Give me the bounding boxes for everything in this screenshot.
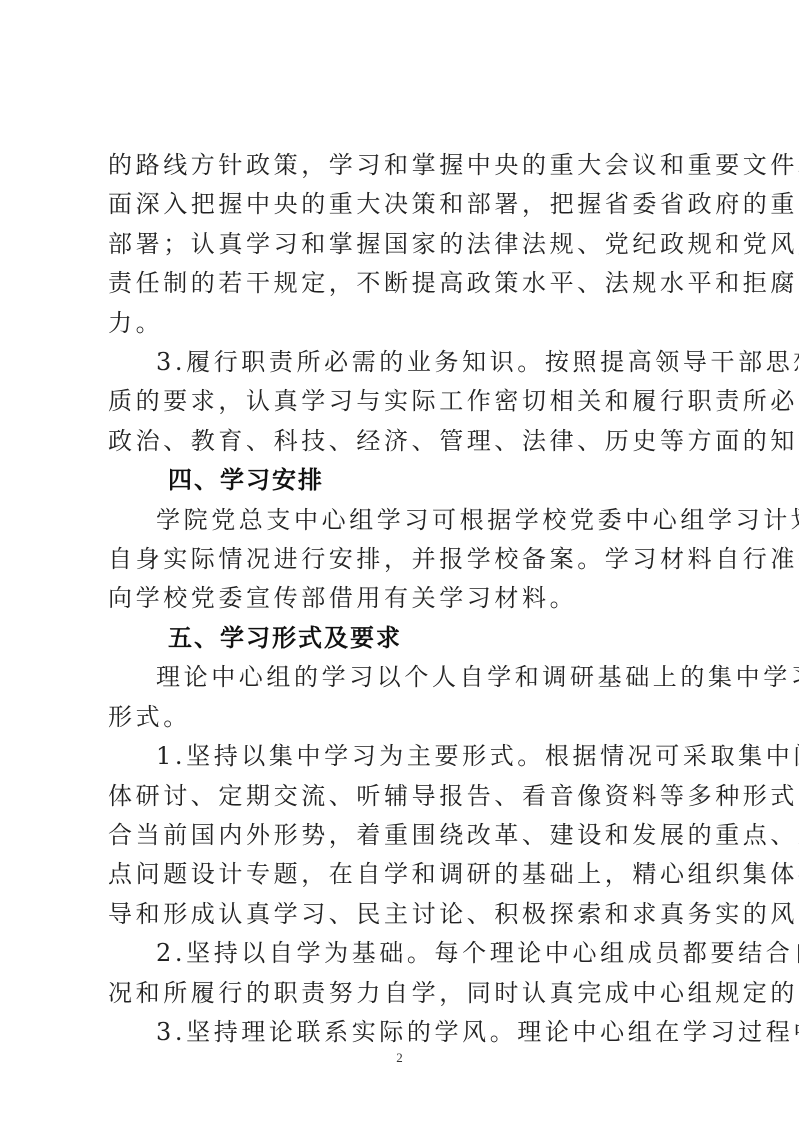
text-line: 2.坚持以自学为基础。每个理论中心组成员都要结合自身的情 <box>108 934 692 973</box>
text-line: 向学校党委宣传部借用有关学习材料。 <box>108 579 692 618</box>
text-line: 部署；认真学习和掌握国家的法律法规、党纪政规和党风廉政建设 <box>108 225 692 264</box>
paragraph: 3.履行职责所必需的业务知识。按照提高领导干部思想理论素质的要求，认真学习与实际… <box>108 343 692 461</box>
paragraph: 的路线方针政策，学习和掌握中央的重大会议和重要文件精神，全面深入把握中央的重大决… <box>108 146 692 343</box>
text-line: 政治、教育、科技、经济、管理、法律、历史等方面的知识。 <box>108 422 692 461</box>
text-line: 学院党总支中心组学习可根据学校党委中心组学习计划，结合 <box>108 501 692 540</box>
text-line: 质的要求，认真学习与实际工作密切相关和履行职责所必需的哲学、 <box>108 382 692 421</box>
text-line: 形式。 <box>108 698 692 737</box>
paragraph: 1.坚持以集中学习为主要形式。根据情况可采取集中阅读、集体研讨、定期交流、听辅导… <box>108 737 692 934</box>
text-line: 面深入把握中央的重大决策和部署，把握省委省政府的重要决策和 <box>108 185 692 224</box>
text-line: 的路线方针政策，学习和掌握中央的重大会议和重要文件精神，全 <box>108 146 692 185</box>
text-line: 自身实际情况进行安排，并报学校备案。学习材料自行准备，也可 <box>108 540 692 579</box>
document-body: 的路线方针政策，学习和掌握中央的重大会议和重要文件精神，全面深入把握中央的重大决… <box>108 146 692 1052</box>
text-line: 况和所履行的职责努力自学，同时认真完成中心组规定的学习任务。 <box>108 974 692 1013</box>
section-heading: 四、学习安排 <box>108 461 692 500</box>
paragraph: 理论中心组的学习以个人自学和调研基础上的集中学习为基本形式。 <box>108 658 692 737</box>
text-line: 导和形成认真学习、民主讨论、积极探索和求真务实的风气。 <box>108 895 692 934</box>
paragraph: 3.坚持理论联系实际的学风。理论中心组在学习过程中，要把 <box>108 1013 692 1052</box>
text-line: 责任制的若干规定，不断提高政策水平、法规水平和拒腐防变的能 <box>108 264 692 303</box>
paragraph: 学院党总支中心组学习可根据学校党委中心组学习计划，结合自身实际情况进行安排，并报… <box>108 501 692 619</box>
text-line: 1.坚持以集中学习为主要形式。根据情况可采取集中阅读、集 <box>108 737 692 776</box>
text-line: 3.坚持理论联系实际的学风。理论中心组在学习过程中，要把 <box>108 1013 692 1052</box>
paragraph: 2.坚持以自学为基础。每个理论中心组成员都要结合自身的情况和所履行的职责努力自学… <box>108 934 692 1013</box>
text-line: 3.履行职责所必需的业务知识。按照提高领导干部思想理论素 <box>108 343 692 382</box>
text-line: 力。 <box>108 304 692 343</box>
page-number: 2 <box>0 1050 799 1066</box>
text-line: 五、学习形式及要求 <box>108 619 692 658</box>
document-page: 的路线方针政策，学习和掌握中央的重大会议和重要文件精神，全面深入把握中央的重大决… <box>0 0 799 1131</box>
text-line: 体研讨、定期交流、听辅导报告、看音像资料等多种形式。紧密结 <box>108 777 692 816</box>
text-line: 点问题设计专题，在自学和调研的基础上，精心组织集体研讨，倡 <box>108 855 692 894</box>
text-line: 理论中心组的学习以个人自学和调研基础上的集中学习为基本 <box>108 658 692 697</box>
text-line: 合当前国内外形势，着重围绕改革、建设和发展的重点、难点和热 <box>108 816 692 855</box>
section-heading: 五、学习形式及要求 <box>108 619 692 658</box>
text-line: 四、学习安排 <box>108 461 692 500</box>
